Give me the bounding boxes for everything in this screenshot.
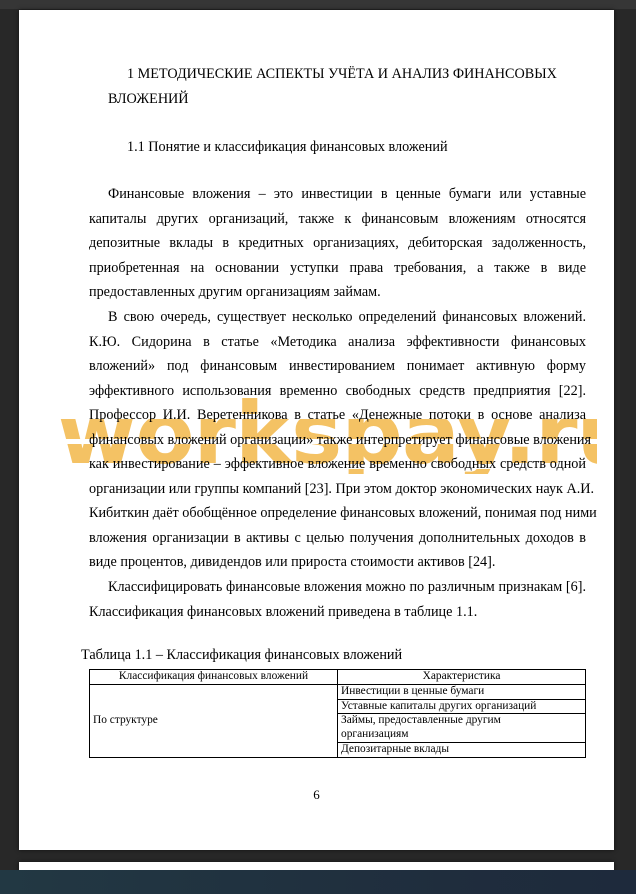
text-line: финансовых вложений организации» также и…: [89, 428, 586, 453]
section-heading: 1.1 Понятие и классификация финансовых в…: [108, 135, 448, 160]
paragraph: Финансовые вложения – это инвестиции в ц…: [89, 182, 586, 305]
table-cell: Займы, предоставленные другим организаци…: [338, 714, 586, 743]
table-header-row: Классификация финансовых вложений Характ…: [90, 670, 586, 685]
text-line: Профессор И.И. Веретенникова в статье «Д…: [89, 403, 586, 428]
text-line: вложений» под финансовым инвестированием…: [89, 354, 586, 379]
text-line: эффективного использования временно своб…: [89, 379, 586, 404]
text-line: предоставленных другим организациям займ…: [89, 280, 586, 305]
viewer-top-strip: [0, 0, 636, 9]
text-line: Классифицировать финансовые вложения мож…: [89, 575, 586, 600]
table-cell: Депозитарные вклады: [338, 742, 586, 757]
text-line: Кибиткин даёт обобщённое определение фин…: [89, 501, 586, 526]
table-row: По структуре Инвестиции в ценные бумаги: [90, 684, 586, 699]
table-caption: Таблица 1.1 – Классификация финансовых в…: [81, 643, 402, 668]
text-line: виде процентов, дивидендов или прироста …: [89, 550, 586, 575]
table-group-cell: По структуре: [90, 684, 338, 757]
table-cell: Уставные капиталы других организаций: [338, 699, 586, 714]
paragraph: Классифицировать финансовые вложения мож…: [89, 575, 586, 624]
text-line: приобретенная на основании уступки права…: [89, 256, 586, 281]
text-line: капиталы других организаций, также к фин…: [89, 207, 586, 232]
classification-table: Классификация финансовых вложений Характ…: [89, 669, 586, 758]
table-header-classification: Классификация финансовых вложений: [90, 670, 338, 685]
paragraph: В свою очередь, существует несколько опр…: [89, 305, 586, 575]
text-line: как инвестирование – эффективное вложени…: [89, 452, 586, 477]
text-line: Классификация финансовых вложений привед…: [89, 600, 586, 625]
page-number: 6: [19, 787, 614, 803]
text-line: вложения организации в активы с целью по…: [89, 526, 586, 551]
text-line: Финансовые вложения – это инвестиции в ц…: [89, 182, 586, 207]
text-line: депозитные вклады в кредитных организаци…: [89, 231, 586, 256]
table-header-characteristic: Характеристика: [338, 670, 586, 685]
text-line: В свою очередь, существует несколько опр…: [89, 305, 586, 330]
table-cell: Инвестиции в ценные бумаги: [338, 684, 586, 699]
document-page: workspay.ru 1 МЕТОДИЧЕСКИЕ АСПЕКТЫ УЧЁТА…: [19, 10, 614, 850]
text-line: организации или группы компаний [23]. Пр…: [89, 477, 586, 502]
taskbar: [0, 870, 636, 894]
text-line: К.Ю. Сидорина в статье «Методика анализа…: [89, 330, 586, 355]
chapter-heading: 1 МЕТОДИЧЕСКИЕ АСПЕКТЫ УЧЁТА И АНАЛИЗ ФИ…: [108, 62, 608, 111]
